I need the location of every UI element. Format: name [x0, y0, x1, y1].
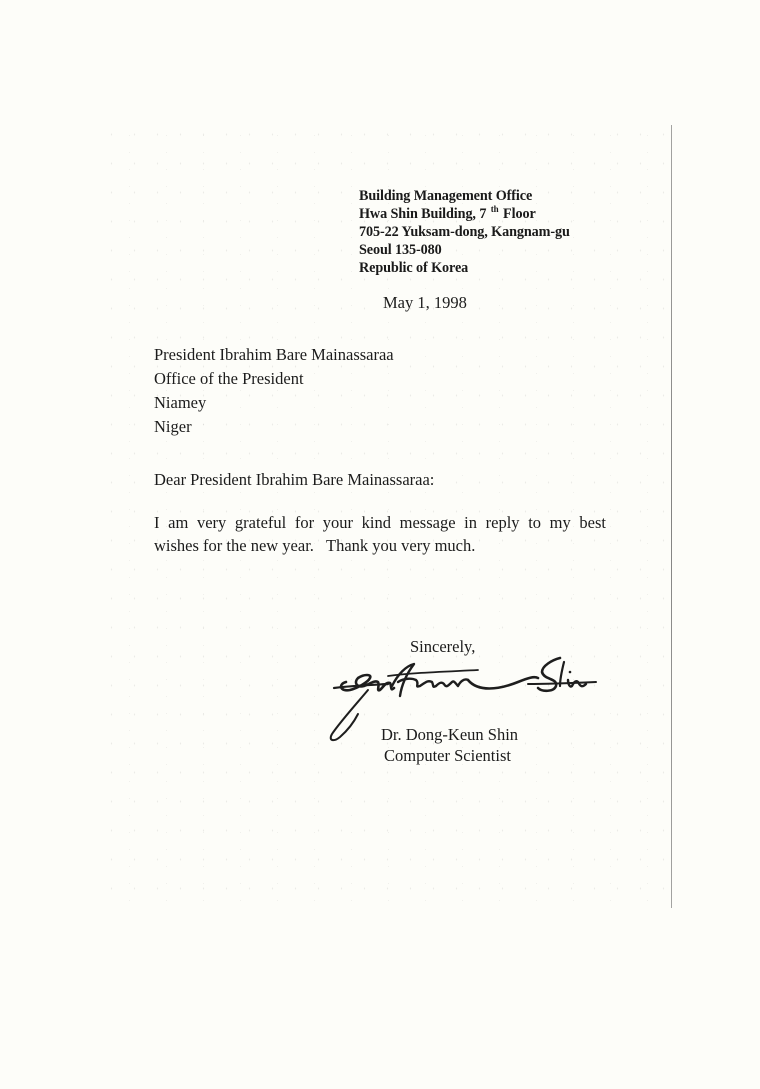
body-line-1: I am very grateful for your kind message…: [154, 512, 606, 535]
letter-body: I am very grateful for your kind message…: [154, 512, 606, 557]
letterhead-office: Building Management Office: [359, 187, 570, 205]
signer-block: Dr. Dong-Keun Shin Computer Scientist: [381, 724, 518, 766]
recipient-address: President Ibrahim Bare Mainassaraa Offic…: [154, 343, 394, 439]
signer-title: Computer Scientist: [384, 745, 518, 766]
body-line-2: wishes for the new year. Thank you very …: [154, 535, 606, 558]
recipient-city: Niamey: [154, 391, 394, 415]
salutation: Dear President Ibrahim Bare Mainassaraa:: [154, 470, 434, 490]
recipient-name: President Ibrahim Bare Mainassaraa: [154, 343, 394, 367]
recipient-country: Niger: [154, 415, 394, 439]
scan-edge-line: [671, 125, 672, 908]
recipient-office: Office of the President: [154, 367, 394, 391]
letterhead-building: Hwa Shin Building, 7 th Floor: [359, 205, 570, 223]
letter-page: Building Management Office Hwa Shin Buil…: [0, 0, 760, 1089]
letterhead-city: Seoul 135-080: [359, 241, 570, 259]
floor-ordinal: th: [491, 204, 499, 214]
letter-date: May 1, 1998: [383, 293, 467, 313]
signer-name: Dr. Dong-Keun Shin: [381, 724, 518, 745]
letterhead-country: Republic of Korea: [359, 259, 570, 277]
letterhead-street: 705-22 Yuksam-dong, Kangnam-gu: [359, 223, 570, 241]
sender-letterhead: Building Management Office Hwa Shin Buil…: [359, 187, 570, 277]
